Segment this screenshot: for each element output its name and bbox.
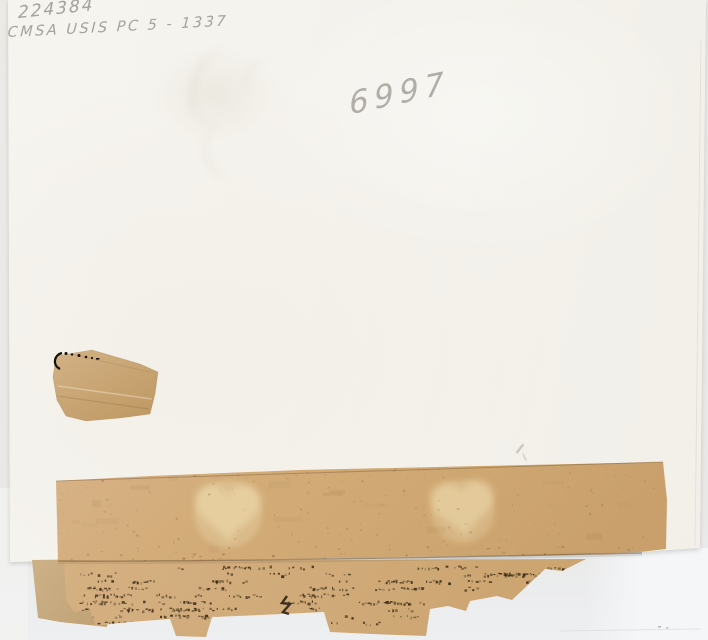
collage-overlay — [0, 0, 708, 640]
dust-speck — [666, 627, 668, 628]
typed-caption-strip — [64, 559, 586, 637]
scanned-photo-verso: 224384 CMSA USIS PC 5 - 1337 6997 — [0, 0, 708, 640]
photo-right-edge — [695, 40, 701, 546]
tape-fragment — [53, 350, 158, 421]
caption-strip — [56, 462, 667, 563]
backing-sheet-edge — [560, 629, 700, 631]
tape-fragment-group — [53, 350, 158, 421]
typed-strip-paper — [64, 559, 586, 637]
caption-strip-paper — [56, 462, 667, 563]
dust-speck — [658, 626, 661, 628]
